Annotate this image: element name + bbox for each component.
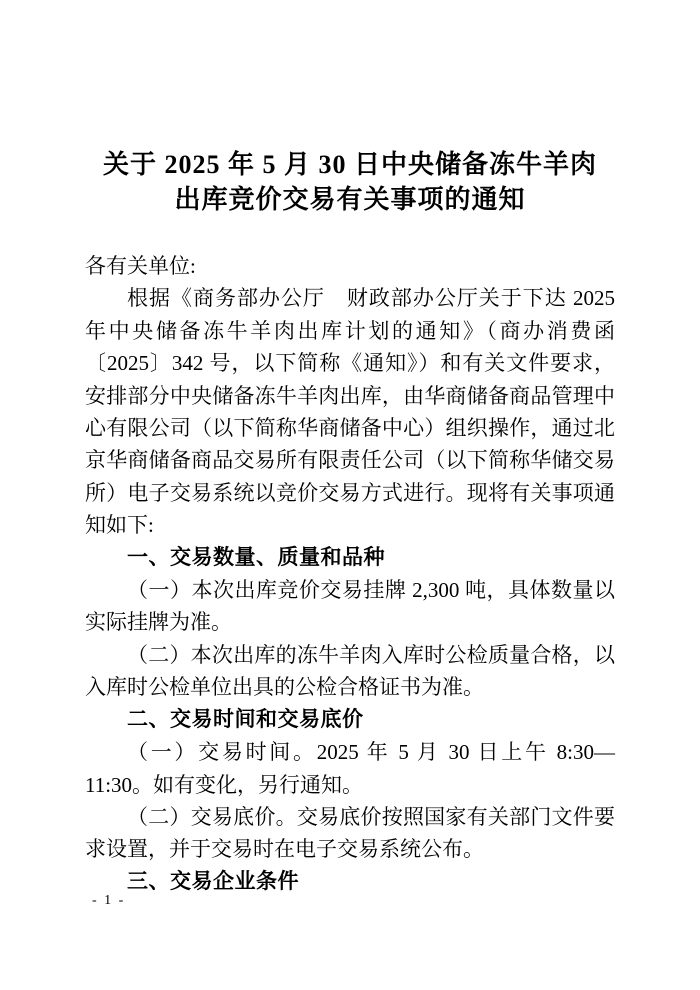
document-body: 各有关单位: 根据《商务部办公厅 财政部办公厅关于下达 2025 年中央储备冻牛… — [85, 250, 615, 898]
paragraph-2-1: （一）交易时间。2025 年 5 月 30 日上午 8:30—11:30。如有变… — [85, 736, 615, 801]
paragraph-1-1: （一）本次出库竞价交易挂牌 2,300 吨，具体数量以实际挂牌为准。 — [85, 574, 615, 639]
document-page: 关于 2025 年 5 月 30 日中央储备冻牛羊肉 出库竞价交易有关事项的通知… — [0, 0, 700, 990]
section-heading-1: 一、交易数量、质量和品种 — [85, 542, 615, 574]
title-line-2: 出库竞价交易有关事项的通知 — [0, 182, 700, 217]
paragraph-1-2: （二）本次出库的冻牛羊肉入库时公检质量合格，以入库时公检单位出具的公检合格证书为… — [85, 639, 615, 704]
document-title: 关于 2025 年 5 月 30 日中央储备冻牛羊肉 出库竞价交易有关事项的通知 — [0, 147, 700, 217]
title-line-1: 关于 2025 年 5 月 30 日中央储备冻牛羊肉 — [0, 147, 700, 182]
section-heading-3: 三、交易企业条件 — [85, 866, 615, 898]
paragraph-intro: 根据《商务部办公厅 财政部办公厅关于下达 2025 年中央储备冻牛羊肉出库计划的… — [85, 282, 615, 541]
page-number: - 1 - — [92, 893, 125, 909]
paragraph-2-2: （二）交易底价。交易底价按照国家有关部门文件要求设置，并于交易时在电子交易系统公… — [85, 801, 615, 866]
section-heading-2: 二、交易时间和交易底价 — [85, 704, 615, 736]
salutation: 各有关单位: — [85, 250, 615, 282]
